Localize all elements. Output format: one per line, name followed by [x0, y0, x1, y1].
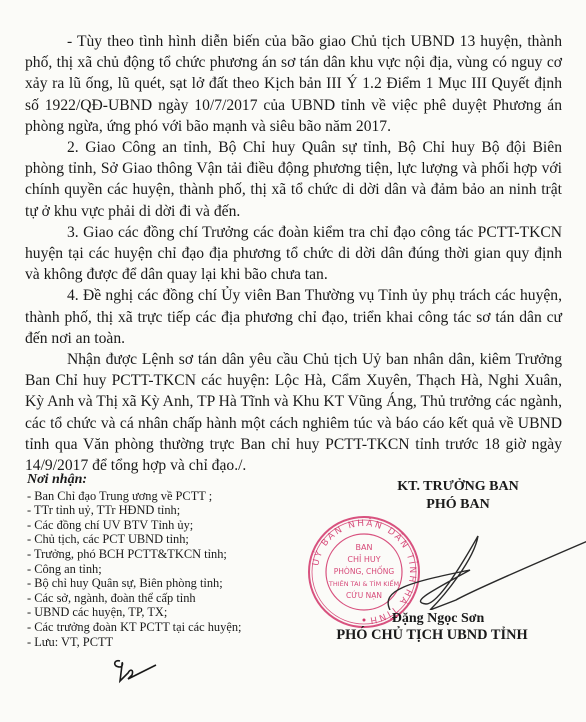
signer-position: PHÓ CHỦ TỊCH UBND TỈNH	[278, 627, 586, 644]
signer-name-block: Đặng Ngọc Sơn PHÓ CHỦ TỊCH UBND TỈNH	[300, 610, 586, 644]
recipient-item: - Bộ chỉ huy Quân sự, Biên phòng tỉnh;	[27, 576, 297, 591]
recipient-item: - Các sở, ngành, đoàn thể cấp tỉnh	[27, 591, 297, 606]
document-body: - Tùy theo tình hình diễn biến của bão g…	[25, 31, 562, 476]
paragraph-item-4: 4. Đề nghị các đồng chí Ủy viên Ban Thườ…	[25, 285, 562, 349]
initials-signature-icon	[108, 655, 168, 685]
paragraph-evacuation-districts: - Tùy theo tình hình diễn biến của bão g…	[25, 31, 562, 137]
recipients-title: Nơi nhận:	[27, 473, 297, 488]
recipient-item: - Ban Chỉ đạo Trung ương về PCTT ;	[27, 489, 297, 504]
recipient-item: - Chủ tịch, các PCT UBND tỉnh;	[27, 532, 297, 547]
recipient-item: - UBND các huyện, TP, TX;	[27, 605, 297, 620]
recipient-item: - Các trưởng đoàn KT PCTT tại các huyện;	[27, 620, 297, 635]
document-page: - Tùy theo tình hình diễn biến của bão g…	[0, 0, 586, 722]
signer-name: Đặng Ngọc Sơn	[290, 610, 586, 627]
paragraph-item-3: 3. Giao các đồng chí Trưởng các đoàn kiể…	[25, 222, 562, 286]
paragraph-conclusion: Nhận được Lệnh sơ tán dân yêu cầu Chủ tị…	[25, 349, 562, 476]
signature-block: KT. TRƯỞNG BAN PHÓ BAN	[300, 478, 586, 514]
recipient-item: - TTr tỉnh uỷ, TTr HĐND tỉnh;	[27, 503, 297, 518]
recipient-item: - Lưu: VT, PCTT	[27, 635, 297, 650]
paragraph-item-2: 2. Giao Công an tỉnh, Bộ Chỉ huy Quân sự…	[25, 137, 562, 222]
recipients-list: Nơi nhận: - Ban Chỉ đạo Trung ương về PC…	[27, 473, 297, 649]
recipient-item: - Các đồng chí UV BTV Tỉnh ủy;	[27, 518, 297, 533]
handwritten-signature-icon	[370, 530, 586, 610]
recipient-item: - Trưởng, phó BCH PCTT&TKCN tỉnh;	[27, 547, 297, 562]
signature-title: KT. TRƯỞNG BAN	[330, 478, 586, 496]
recipient-item: - Công an tỉnh;	[27, 562, 297, 577]
signature-subtitle: PHÓ BAN	[330, 496, 586, 514]
